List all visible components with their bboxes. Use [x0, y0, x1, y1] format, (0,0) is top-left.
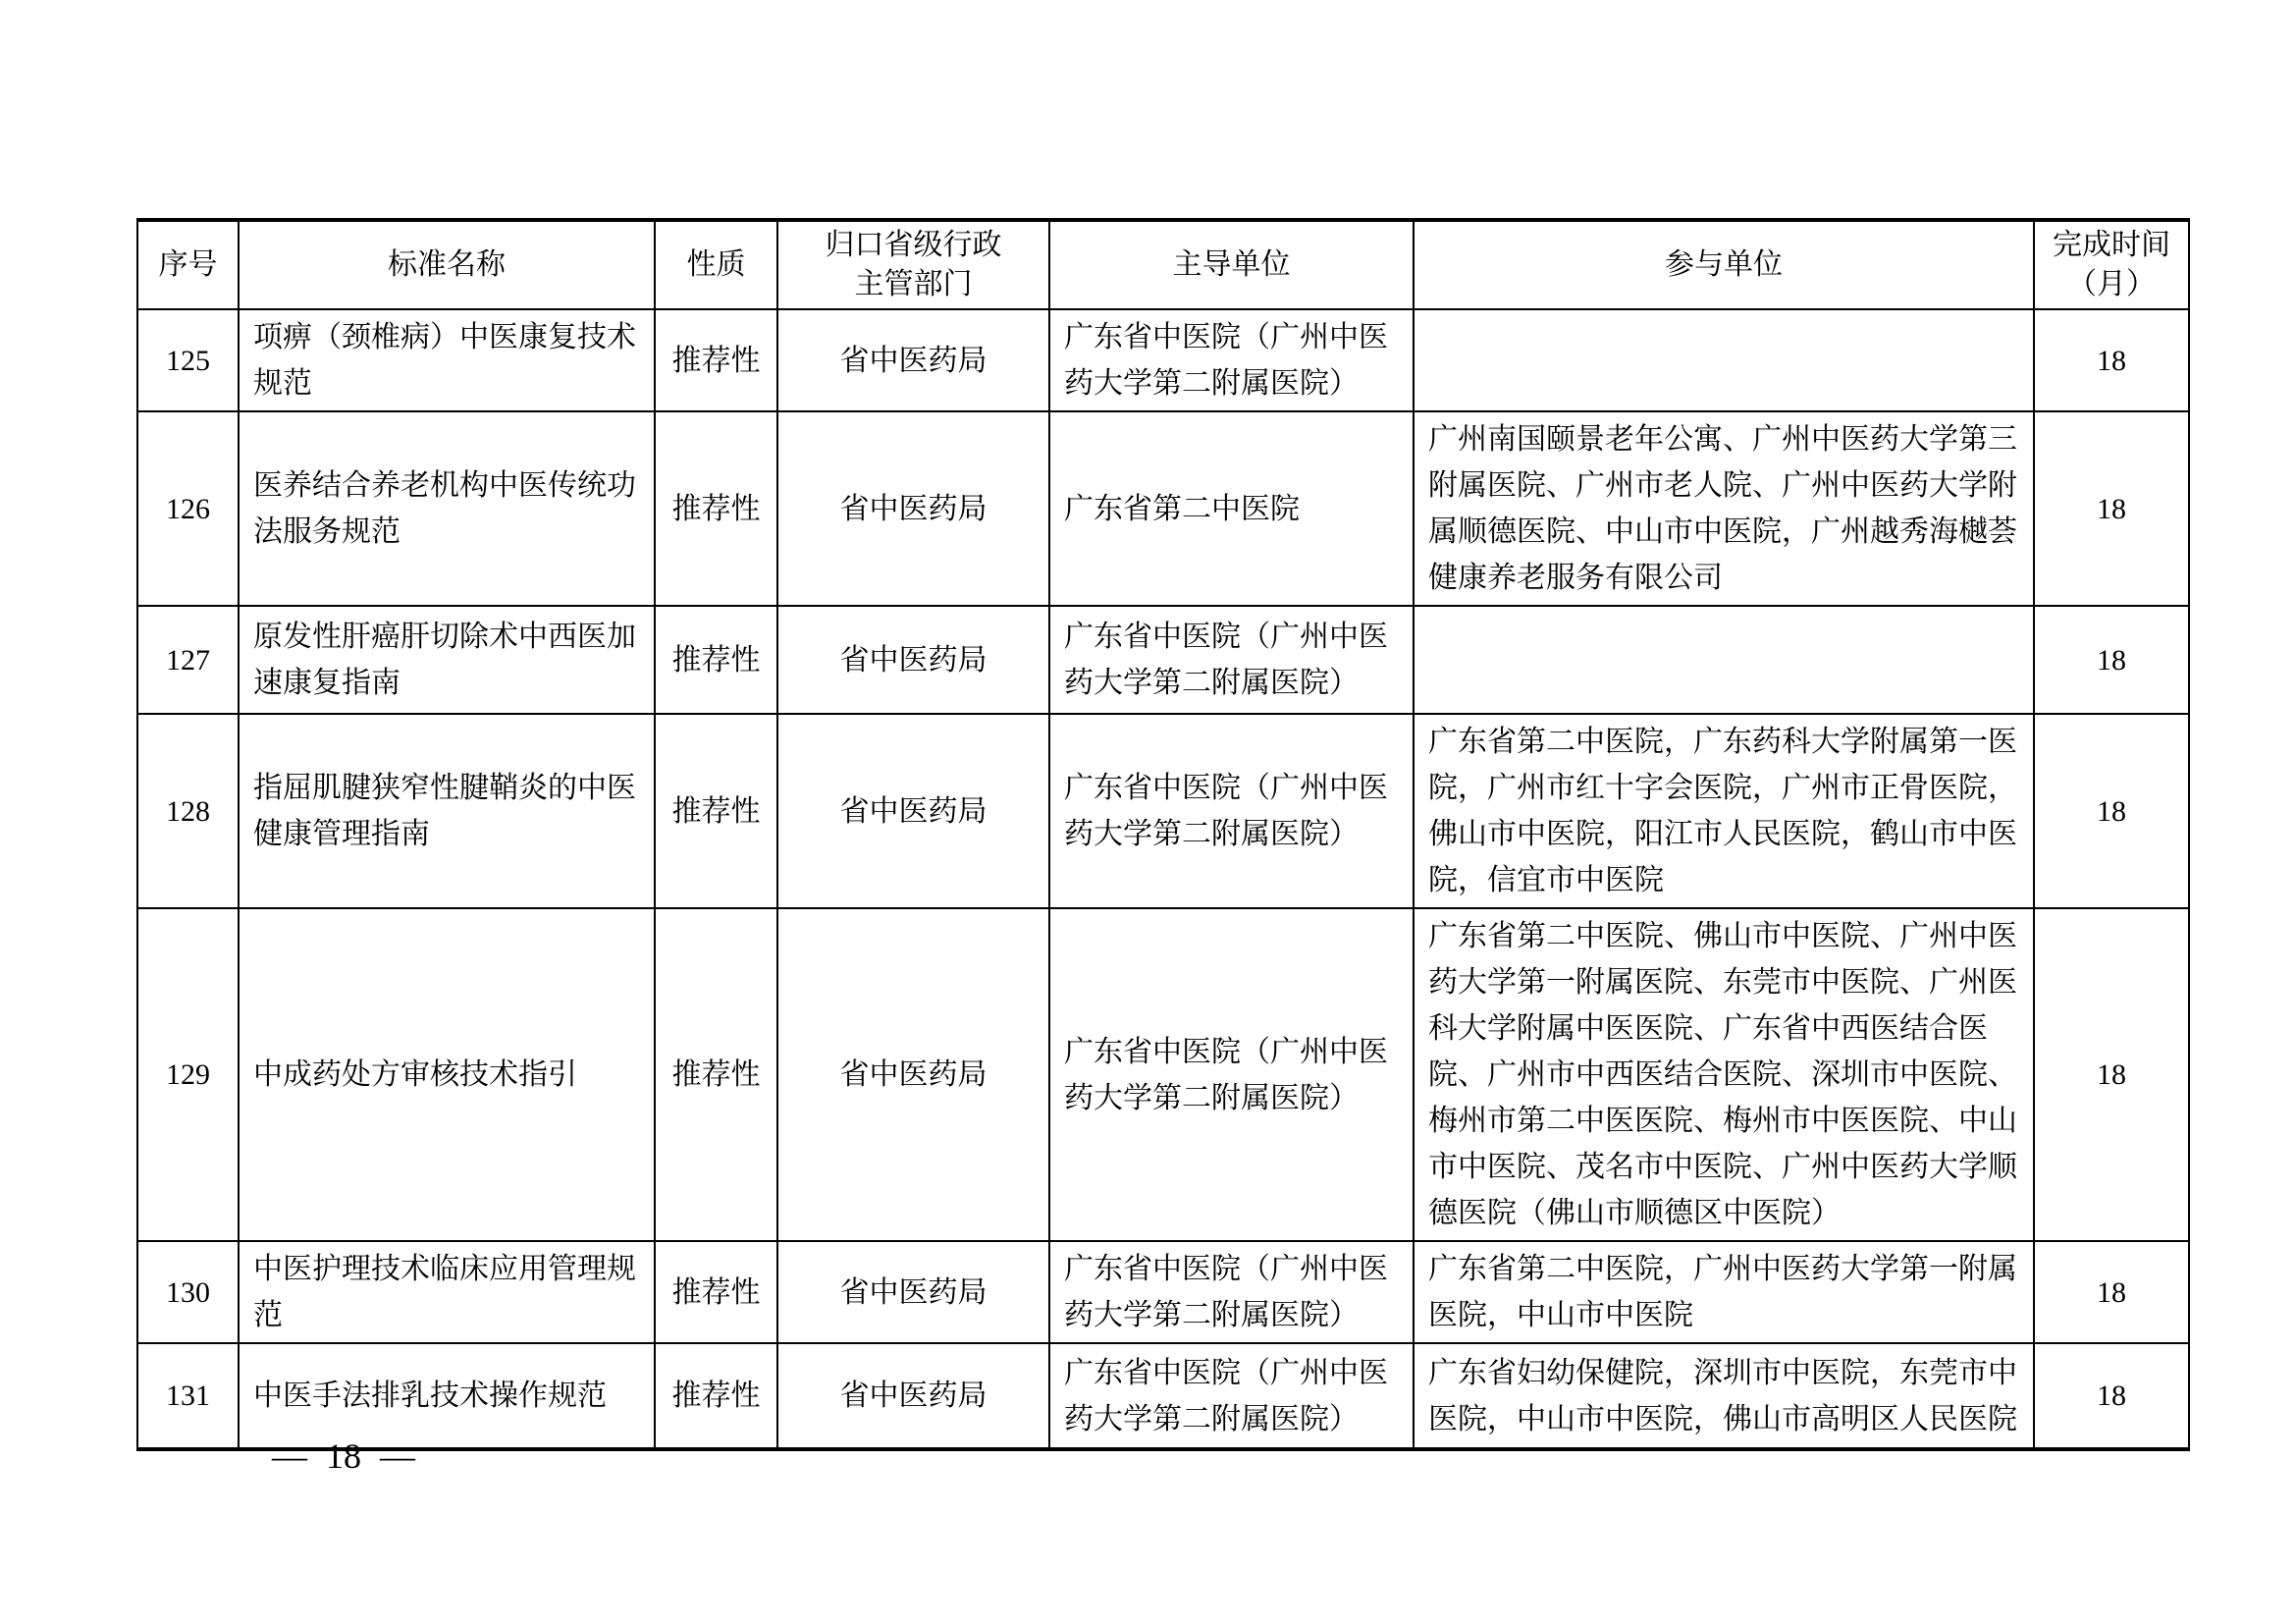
header-nature: 性质: [655, 220, 777, 309]
participant-units-cell: 广东省第二中医院，广东药科大学附属第一医院，广州市红十字会医院，广州市正骨医院，…: [1414, 714, 2034, 908]
seq-cell: 130: [137, 1241, 239, 1343]
lead-unit-cell: 广东省中医院（广州中医药大学第二附属医院）: [1049, 1343, 1414, 1449]
nature-cell: 推荐性: [655, 606, 777, 714]
nature-cell: 推荐性: [655, 714, 777, 908]
completion-months-cell: 18: [2034, 714, 2189, 908]
completion-months-cell: 18: [2034, 1241, 2189, 1343]
completion-months-cell: 18: [2034, 411, 2189, 606]
standard-name-cell: 中医手法排乳技术操作规范: [239, 1343, 655, 1449]
standard-name-cell: 项痹（颈椎病）中医康复技术规范: [239, 309, 655, 411]
seq-cell: 126: [137, 411, 239, 606]
department-cell: 省中医药局: [777, 1241, 1049, 1343]
participant-units-cell: 广东省妇幼保健院，深圳市中医院，东莞市中医院，中山市中医院，佛山市高明区人民医院: [1414, 1343, 2034, 1449]
nature-cell: 推荐性: [655, 908, 777, 1241]
lead-unit-cell: 广东省中医院（广州中医药大学第二附属医院）: [1049, 606, 1414, 714]
standards-table: 序号 标准名称 性质 归口省级行政 主管部门 主导单位 参与单位 完成时间 （月…: [136, 218, 2190, 1451]
completion-months-cell: 18: [2034, 606, 2189, 714]
header-standard-name: 标准名称: [239, 220, 655, 309]
standard-name-cell: 医养结合养老机构中医传统功法服务规范: [239, 411, 655, 606]
nature-cell: 推荐性: [655, 1343, 777, 1449]
table-header-row: 序号 标准名称 性质 归口省级行政 主管部门 主导单位 参与单位 完成时间 （月…: [137, 220, 2189, 309]
nature-cell: 推荐性: [655, 309, 777, 411]
header-completion-time: 完成时间 （月）: [2034, 220, 2189, 309]
participant-units-cell: 广东省第二中医院，广州中医药大学第一附属医院，中山市中医院: [1414, 1241, 2034, 1343]
completion-months-cell: 18: [2034, 1343, 2189, 1449]
participant-units-cell: [1414, 309, 2034, 411]
document-page: { "page": { "footer_page_number": "— 18 …: [0, 0, 2296, 1624]
department-cell: 省中医药局: [777, 714, 1049, 908]
header-department: 归口省级行政 主管部门: [777, 220, 1049, 309]
table-row: 131 中医手法排乳技术操作规范 推荐性 省中医药局 广东省中医院（广州中医药大…: [137, 1343, 2189, 1449]
department-cell: 省中医药局: [777, 908, 1049, 1241]
table-row: 130 中医护理技术临床应用管理规范 推荐性 省中医药局 广东省中医院（广州中医…: [137, 1241, 2189, 1343]
header-participant-units: 参与单位: [1414, 220, 2034, 309]
lead-unit-cell: 广东省中医院（广州中医药大学第二附属医院）: [1049, 714, 1414, 908]
nature-cell: 推荐性: [655, 1241, 777, 1343]
table-row: 128 指屈肌腱狭窄性腱鞘炎的中医健康管理指南 推荐性 省中医药局 广东省中医院…: [137, 714, 2189, 908]
completion-months-cell: 18: [2034, 908, 2189, 1241]
standard-name-cell: 中成药处方审核技术指引: [239, 908, 655, 1241]
seq-cell: 128: [137, 714, 239, 908]
header-lead-unit: 主导单位: [1049, 220, 1414, 309]
lead-unit-cell: 广东省中医院（广州中医药大学第二附属医院）: [1049, 1241, 1414, 1343]
table-row: 127 原发性肝癌肝切除术中西医加速康复指南 推荐性 省中医药局 广东省中医院（…: [137, 606, 2189, 714]
participant-units-cell: 广州南国颐景老年公寓、广州中医药大学第三附属医院、广州市老人院、广州中医药大学附…: [1414, 411, 2034, 606]
page-number: — 18 —: [272, 1435, 415, 1477]
seq-cell: 125: [137, 309, 239, 411]
header-seq: 序号: [137, 220, 239, 309]
table-row: 125 项痹（颈椎病）中医康复技术规范 推荐性 省中医药局 广东省中医院（广州中…: [137, 309, 2189, 411]
standard-name-cell: 指屈肌腱狭窄性腱鞘炎的中医健康管理指南: [239, 714, 655, 908]
lead-unit-cell: 广东省中医院（广州中医药大学第二附属医院）: [1049, 908, 1414, 1241]
lead-unit-cell: 广东省中医院（广州中医药大学第二附属医院）: [1049, 309, 1414, 411]
department-cell: 省中医药局: [777, 411, 1049, 606]
lead-unit-cell: 广东省第二中医院: [1049, 411, 1414, 606]
participant-units-cell: 广东省第二中医院、佛山市中医院、广州中医药大学第一附属医院、东莞市中医院、广州医…: [1414, 908, 2034, 1241]
seq-cell: 131: [137, 1343, 239, 1449]
standard-name-cell: 中医护理技术临床应用管理规范: [239, 1241, 655, 1343]
department-cell: 省中医药局: [777, 1343, 1049, 1449]
completion-months-cell: 18: [2034, 309, 2189, 411]
nature-cell: 推荐性: [655, 411, 777, 606]
standard-name-cell: 原发性肝癌肝切除术中西医加速康复指南: [239, 606, 655, 714]
department-cell: 省中医药局: [777, 309, 1049, 411]
department-cell: 省中医药局: [777, 606, 1049, 714]
seq-cell: 129: [137, 908, 239, 1241]
seq-cell: 127: [137, 606, 239, 714]
participant-units-cell: [1414, 606, 2034, 714]
table-row: 126 医养结合养老机构中医传统功法服务规范 推荐性 省中医药局 广东省第二中医…: [137, 411, 2189, 606]
table-row: 129 中成药处方审核技术指引 推荐性 省中医药局 广东省中医院（广州中医药大学…: [137, 908, 2189, 1241]
